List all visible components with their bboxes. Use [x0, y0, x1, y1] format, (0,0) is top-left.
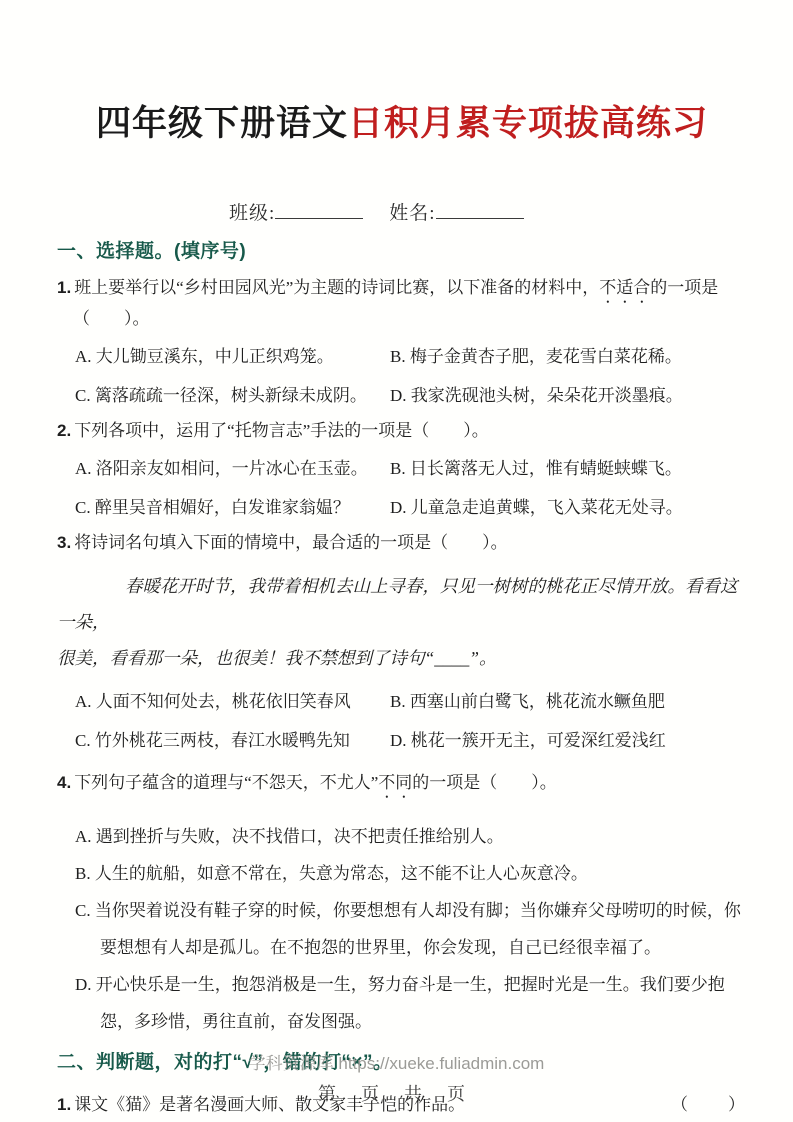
question-4-number: 4.	[57, 773, 71, 792]
question-3-number: 3.	[57, 533, 71, 552]
student-info-row: 班级:姓名:	[229, 198, 747, 225]
question-1-option-a: A. 大儿锄豆溪东，中儿正织鸡笼。	[75, 345, 390, 369]
question-1-option-c: C. 篱落疏疏一径深，树头新绿未成阴。	[75, 384, 390, 408]
question-3-stem: 3.将诗词名句填入下面的情境中，最合适的一项是（ ）。	[57, 531, 747, 555]
question-4-text-post: 的一项是（ ）。	[412, 773, 557, 792]
question-2-option-b: B. 日长篱落无人过，惟有蜻蜓蛱蝶飞。	[390, 457, 747, 481]
page-footer: 学科资源库 https://xueke.fuliadmin.com 第 页 共 …	[0, 1049, 793, 1106]
question-3-passage-line1: 春暖花开时节，我带着相机去山上寻春，只见一树树的桃花正尽情开放。看看这一朵，	[57, 576, 738, 632]
question-1-number: 1.	[57, 278, 71, 297]
question-4-option-c: C. 当你哭着说没有鞋子穿的时候，你要想想有人却没有脚；当你嫌弃父母唠叨的时候，…	[57, 892, 747, 966]
question-2-option-a: A. 洛阳亲友如相问，一片冰心在玉壶。	[75, 457, 390, 481]
question-4-stem: 4.下列句子蕴含的道理与“不怨天，不尤人”不同的一项是（ ）。	[57, 771, 747, 802]
question-1-emphasized: 不适合	[599, 278, 650, 297]
page-title-grade: 四年级下册语文	[96, 104, 348, 143]
question-2-option-c: C. 醉里吴音相媚好，白发谁家翁媪？	[75, 496, 390, 520]
question-3-text: 将诗词名句填入下面的情境中，最合适的一项是（ ）。	[74, 533, 508, 552]
question-2-text: 下列各项中，运用了“托物言志”手法的一项是（ ）。	[74, 421, 489, 440]
question-1-option-d: D. 我家洗砚池头树，朵朵花开淡墨痕。	[390, 384, 747, 408]
question-4-option-b: B. 人生的航船，如意不常在，失意为常态，这不能不让人心灰意冷。	[57, 855, 747, 892]
question-2-number: 2.	[57, 421, 71, 440]
footer-page-number: 第 页 共 页	[0, 1080, 793, 1106]
question-1-text-pre: 班上要举行以“乡村田园风光”为主题的诗词比赛，以下准备的材料中，	[74, 278, 599, 297]
question-2-option-d: D. 儿童急走追黄蝶，飞入菜花无处寻。	[390, 496, 747, 520]
question-3-options: A. 人面不知何处去，桃花依旧笑春风 B. 西塞山前白鹭飞，桃花流水鳜鱼肥 C.…	[57, 690, 747, 753]
worksheet-page: 四年级下册语文日积月累专项拔高练习 班级:姓名: 一、选择题。(填序号) 1.班…	[0, 0, 793, 1122]
question-4-option-d: D. 开心快乐是一生，抱怨消极是一生，努力奋斗是一生，把握时光是一生。我们要少抱…	[57, 966, 747, 1040]
name-label: 姓名:	[389, 203, 435, 224]
question-3-option-d: D. 桃花一簇开无主，可爱深红爱浅红	[390, 729, 747, 753]
footer-source-link: 学科资源库 https://xueke.fuliadmin.com	[0, 1049, 793, 1074]
question-3-passage-line2: 很美，看看那一朵，也很美！我不禁想到了诗句“____”。	[57, 648, 496, 668]
question-2-stem: 2.下列各项中，运用了“托物言志”手法的一项是（ ）。	[57, 419, 747, 443]
question-3-passage: 春暖花开时节，我带着相机去山上寻春，只见一树树的桃花正尽情开放。看看这一朵，很美…	[57, 568, 747, 676]
page-title-topic: 日积月累专项拔高练习	[348, 104, 708, 143]
question-4-options: A. 遇到挫折与失败，决不找借口，决不把责任推给别人。 B. 人生的航船，如意不…	[57, 818, 747, 1040]
page-title: 四年级下册语文日积月累专项拔高练习	[57, 100, 747, 148]
question-1-options: A. 大儿锄豆溪东，中儿正织鸡笼。 B. 梅子金黄杏子肥，麦花雪白菜花稀。 C.…	[57, 345, 747, 408]
question-1-option-b: B. 梅子金黄杏子肥，麦花雪白菜花稀。	[390, 345, 747, 369]
question-4-option-a: A. 遇到挫折与失败，决不找借口，决不把责任推给别人。	[57, 818, 747, 855]
question-4-emphasized: 不同	[378, 773, 412, 792]
class-label: 班级:	[229, 203, 275, 224]
question-4-text-pre: 下列句子蕴含的道理与“不怨天，不尤人”	[74, 773, 378, 792]
question-3-option-b: B. 西塞山前白鹭飞，桃花流水鳜鱼肥	[390, 690, 747, 714]
section1-heading: 一、选择题。(填序号)	[57, 239, 747, 265]
name-blank-line	[436, 199, 524, 219]
question-3-option-c: C. 竹外桃花三两枝，春江水暖鸭先知	[75, 729, 390, 753]
question-1-stem: 1.班上要举行以“乡村田园风光”为主题的诗词比赛，以下准备的材料中，不适合的一项…	[57, 276, 747, 331]
question-3-option-a: A. 人面不知何处去，桃花依旧笑春风	[75, 690, 390, 714]
question-2-options: A. 洛阳亲友如相问，一片冰心在玉壶。 B. 日长篱落无人过，惟有蜻蜓蛱蝶飞。 …	[57, 457, 747, 520]
class-blank-line	[275, 199, 363, 219]
